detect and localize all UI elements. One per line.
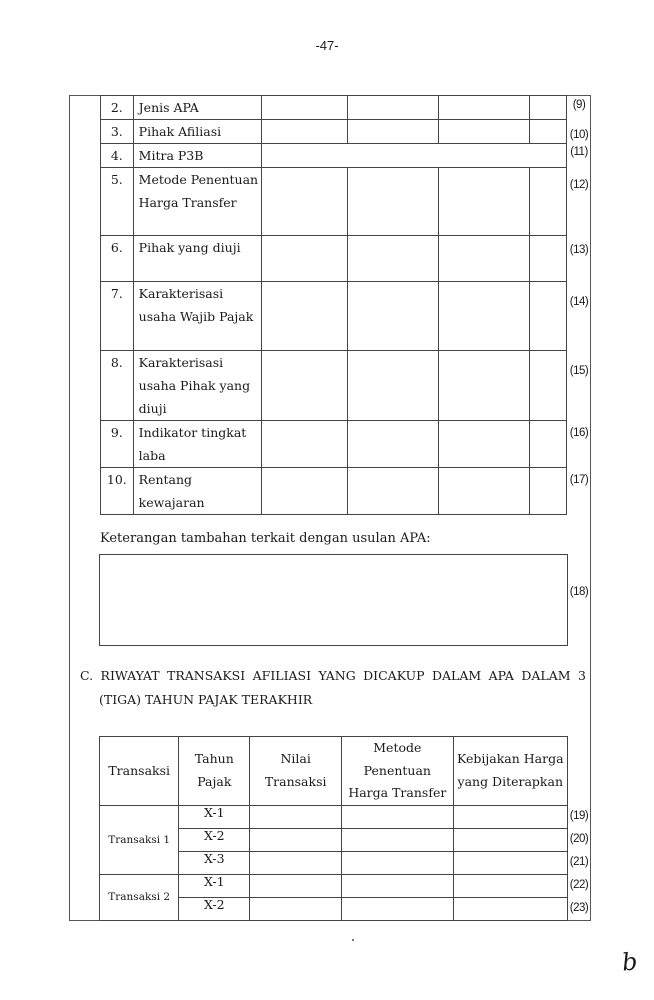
ref-marker: (16) [567,427,591,439]
input-cell[interactable] [529,120,566,144]
ref-marker: (10) [567,129,591,141]
input-cell[interactable] [348,351,438,421]
section-title-word: RIWAYAT [101,664,160,688]
section-title-word: 3 [578,664,586,688]
column-header: Metode Penentuan Harga Transfer [342,737,453,806]
table-row: 4.Mitra P3B [101,144,567,168]
table-row: 2.Jenis APA [101,96,567,120]
row-label: Pihak Afiliasi [133,120,261,144]
table-header-row: TransaksiTahun PajakNilai TransaksiMetod… [100,737,568,806]
table-row: 7.Karakterisasi usaha Wajib Pajak [101,282,567,351]
table-row: 5.Metode Penentuan Harga Transfer [101,168,567,236]
input-cell[interactable] [342,874,453,897]
input-cell[interactable] [261,236,348,282]
input-cell[interactable] [250,805,342,828]
table-row: 10.Rentang kewajaran [101,468,567,515]
row-label: Metode Penentuan Harga Transfer [133,168,261,236]
section-title-word: DALAM [521,664,570,688]
tax-year: X-2 [179,828,250,851]
transaction-name: Transaksi 2 [100,874,179,920]
tax-year: X-1 [179,874,250,897]
row-number: 3. [101,120,134,144]
section-title-word: DALAM [432,664,481,688]
input-cell[interactable] [250,874,342,897]
row-number: 4. [101,144,134,168]
input-cell[interactable] [529,468,566,515]
column-header: Nilai Transaksi [250,737,342,806]
ref-marker: (23) [567,902,591,914]
row-label: Karakterisasi usaha Pihak yang diuji [133,351,261,421]
row-number: 6. [101,236,134,282]
input-cell[interactable] [453,897,567,920]
row-number: 10. [101,468,134,515]
input-cell[interactable] [529,96,566,120]
row-number: 8. [101,351,134,421]
input-cell[interactable] [261,282,348,351]
row-number: 7. [101,282,134,351]
input-cell[interactable] [438,168,529,236]
input-cell[interactable] [342,897,453,920]
ref-marker: (15) [567,365,591,377]
tax-year: X-3 [179,851,250,874]
input-cell[interactable] [261,96,348,120]
apa-details-table: 2.Jenis APA3.Pihak Afiliasi4.Mitra P3B5.… [100,95,567,515]
table-row: 6.Pihak yang diuji [101,236,567,282]
column-header: Tahun Pajak [179,737,250,806]
input-cell[interactable] [438,351,529,421]
input-cell[interactable] [438,96,529,120]
tax-year: X-2 [179,897,250,920]
input-cell[interactable] [261,468,348,515]
row-label: Jenis APA [133,96,261,120]
input-cell[interactable] [261,144,566,168]
ref-marker: (19) [567,810,591,822]
ref-marker: (13) [567,244,591,256]
input-cell[interactable] [348,421,438,468]
table-row: Transaksi 1X-1 [100,805,568,828]
input-cell[interactable] [529,351,566,421]
row-label: Pihak yang diuji [133,236,261,282]
input-cell[interactable] [453,828,567,851]
input-cell[interactable] [438,421,529,468]
input-cell[interactable] [438,120,529,144]
input-cell[interactable] [453,851,567,874]
table-row: 3.Pihak Afiliasi [101,120,567,144]
transaction-history-table: TransaksiTahun PajakNilai TransaksiMetod… [99,736,568,921]
table-row: Transaksi 2X-1 [100,874,568,897]
input-cell[interactable] [453,805,567,828]
section-title-word: YANG [318,664,355,688]
page-number: -47- [0,38,654,53]
input-cell[interactable] [348,120,438,144]
row-number: 9. [101,421,134,468]
ref-marker: (20) [567,833,591,845]
additional-note-label: Keterangan tambahan terkait dengan usula… [100,531,431,546]
input-cell[interactable] [438,236,529,282]
input-cell[interactable] [438,282,529,351]
ref-marker: (18) [567,586,591,598]
page-dot [352,939,354,941]
ref-marker: (14) [567,296,591,308]
section-letter: C. [80,664,93,688]
section-title-word: AFILIASI [253,664,311,688]
section-title-word: TRANSAKSI [167,664,245,688]
ref-marker: (21) [567,856,591,868]
input-cell[interactable] [342,851,453,874]
row-label: Karakterisasi usaha Wajib Pajak [133,282,261,351]
row-number: 5. [101,168,134,236]
row-number: 2. [101,96,134,120]
input-cell[interactable] [348,168,438,236]
input-cell[interactable] [342,805,453,828]
input-cell[interactable] [250,851,342,874]
row-label: Rentang kewajaran [133,468,261,515]
table-row: 9.Indikator tingkat laba [101,421,567,468]
input-cell[interactable] [348,236,438,282]
ref-marker: (9) [567,99,591,111]
handwritten-initial: b [621,947,639,976]
section-title-word: DICAKUP [363,664,424,688]
input-cell[interactable] [529,168,566,236]
input-cell[interactable] [529,282,566,351]
additional-note-field[interactable] [99,554,568,646]
input-cell[interactable] [342,828,453,851]
input-cell[interactable] [250,897,342,920]
input-cell[interactable] [261,421,348,468]
ref-marker: (22) [567,879,591,891]
row-label: Mitra P3B [133,144,261,168]
column-header: Transaksi [100,737,179,806]
ref-marker: (12) [567,179,591,191]
input-cell[interactable] [348,468,438,515]
input-cell[interactable] [261,120,348,144]
ref-marker: (17) [567,474,591,486]
input-cell[interactable] [453,874,567,897]
column-header: Kebijakan Harga yang Diterapkan [453,737,567,806]
table-row: 8.Karakterisasi usaha Pihak yang diuji [101,351,567,421]
input-cell[interactable] [250,828,342,851]
section-c-title-line2: (TIGA) TAHUN PAJAK TERAKHIR [80,688,586,712]
input-cell[interactable] [261,168,348,236]
input-cell[interactable] [529,236,566,282]
row-label: Indikator tingkat laba [133,421,261,468]
input-cell[interactable] [529,421,566,468]
input-cell[interactable] [438,468,529,515]
section-title-word: APA [489,664,514,688]
input-cell[interactable] [261,351,348,421]
section-c-heading: C.RIWAYATTRANSAKSIAFILIASIYANGDICAKUPDAL… [80,664,586,712]
input-cell[interactable] [348,96,438,120]
ref-marker: (11) [567,146,591,158]
transaction-name: Transaksi 1 [100,805,179,874]
tax-year: X-1 [179,805,250,828]
input-cell[interactable] [348,282,438,351]
